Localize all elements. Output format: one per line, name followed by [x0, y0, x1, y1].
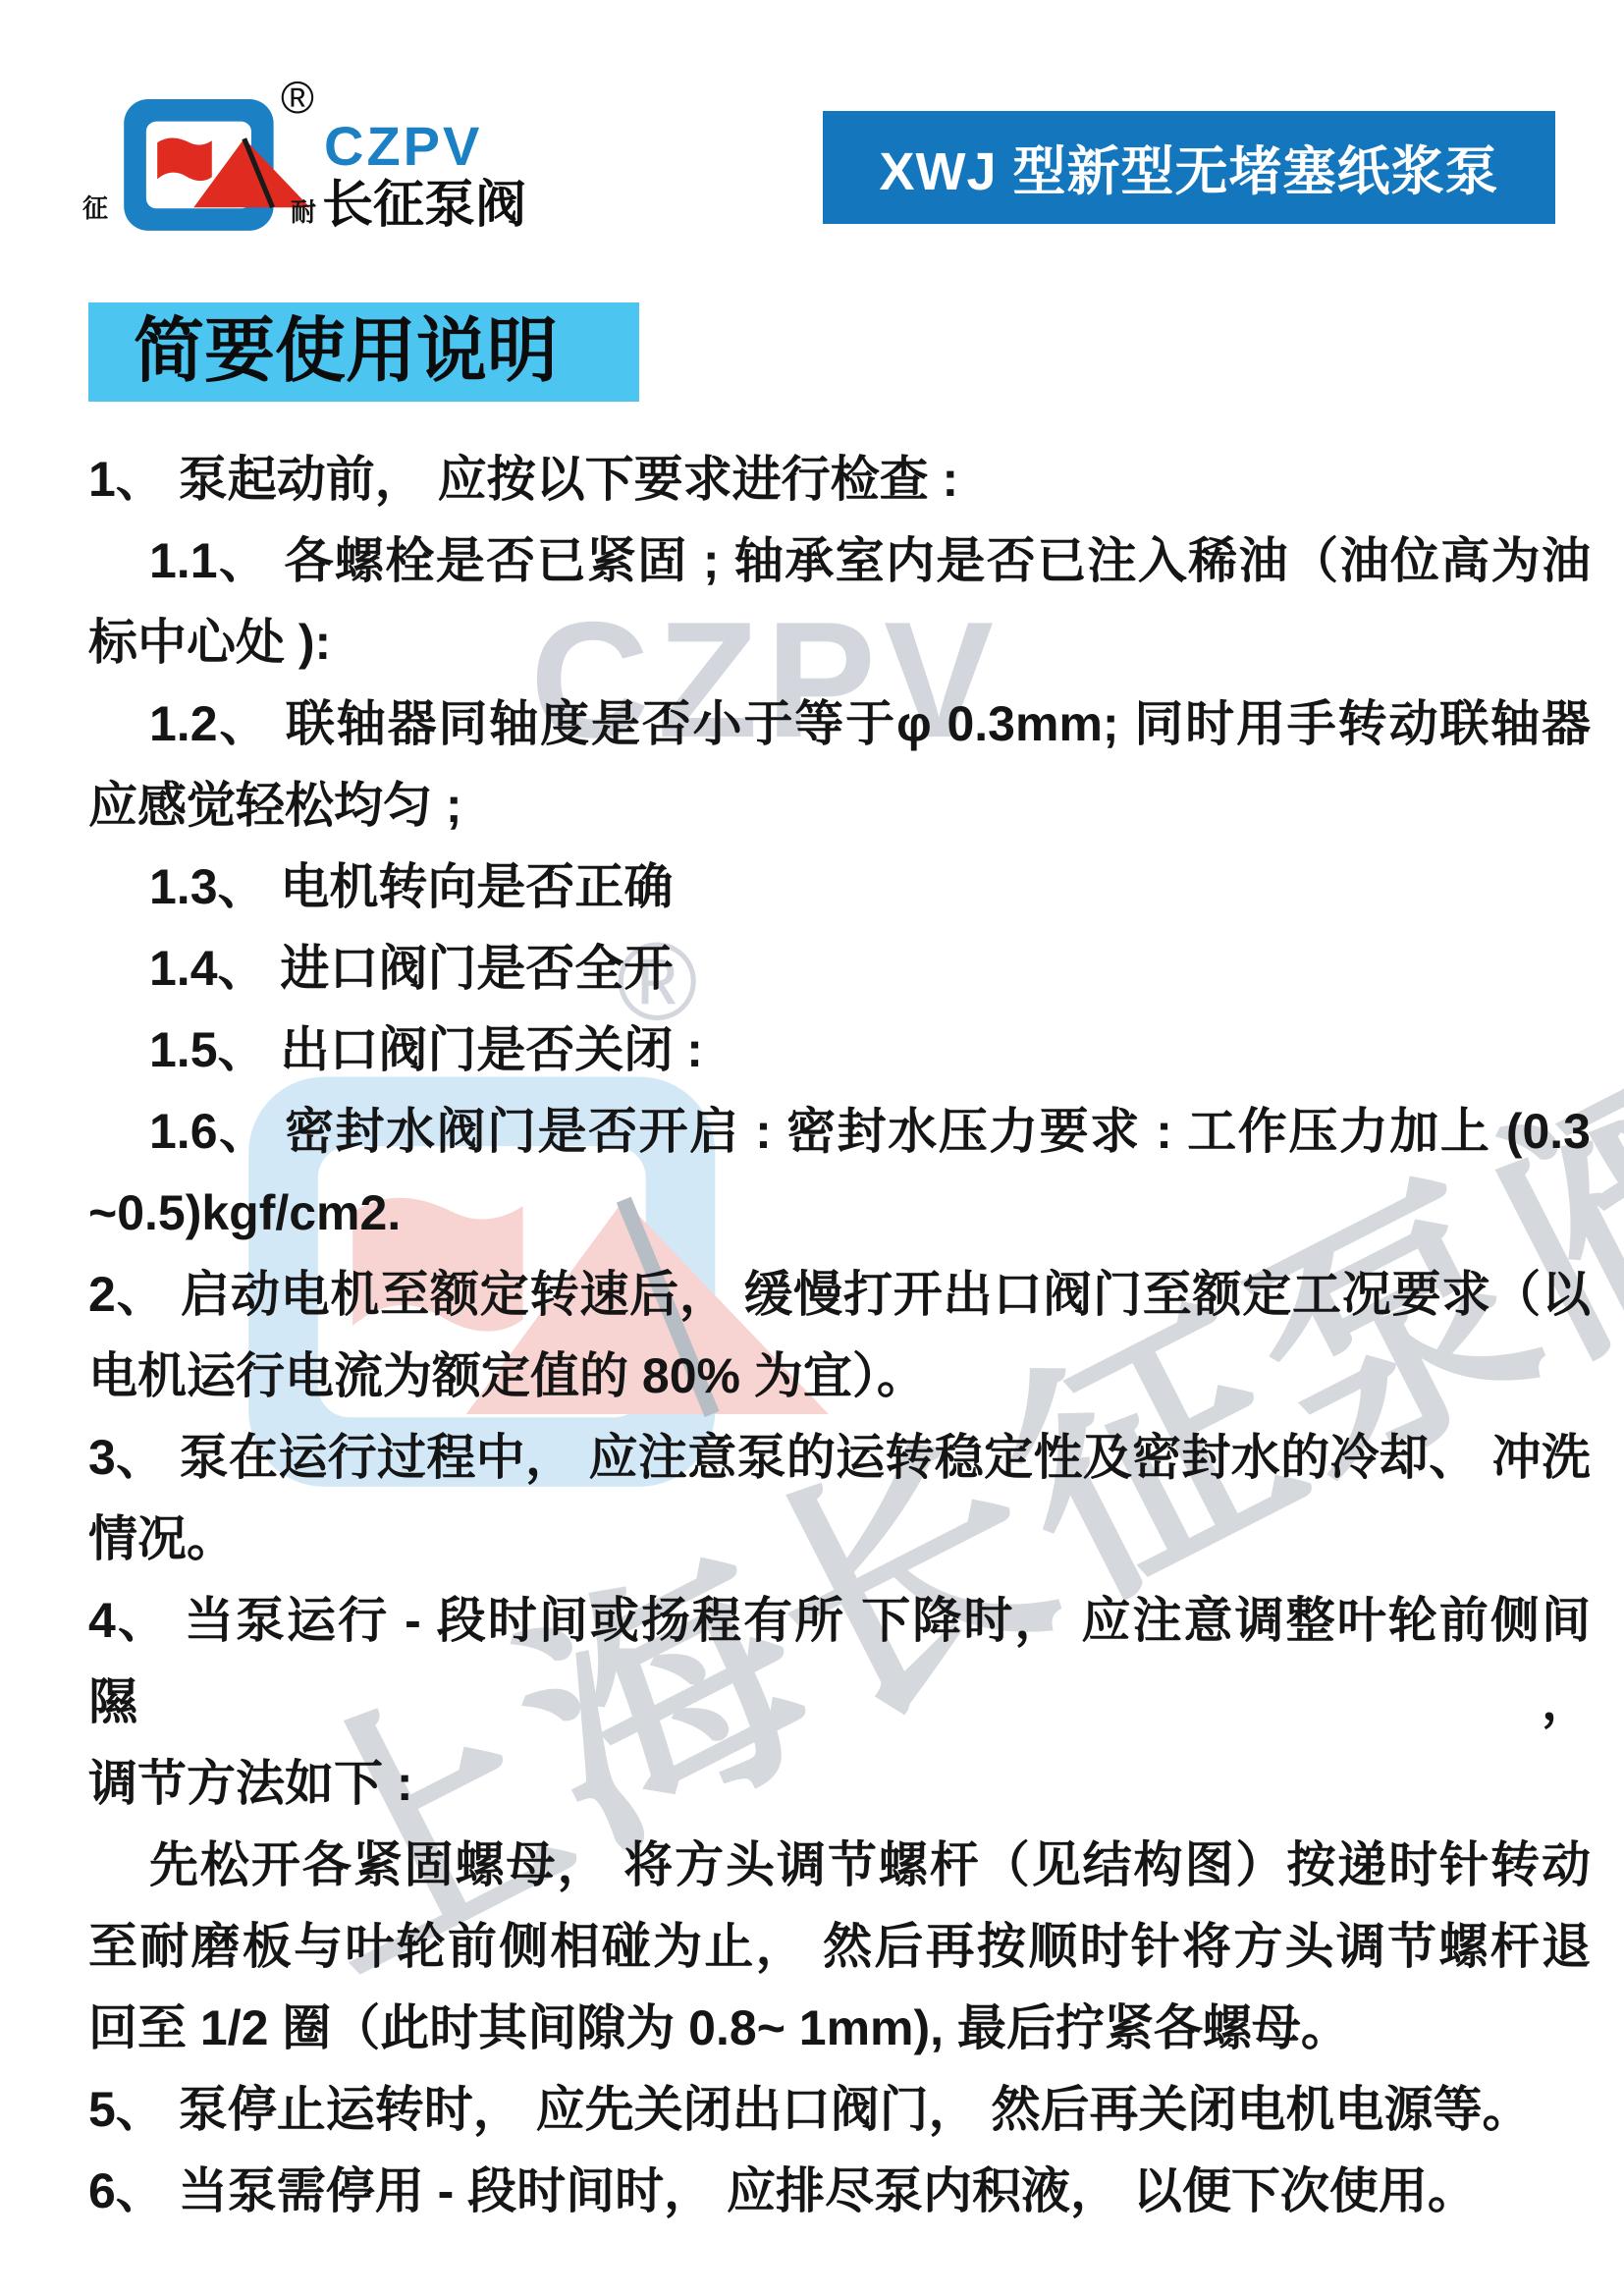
brand-side-mark-right: 耐 [291, 192, 316, 229]
text-line: 标中心处 ): [88, 602, 1591, 683]
text-line: 电机运行电流为额定值的 80% 为宜）。 [88, 1336, 1591, 1417]
text-line: 1.1、 各螺栓是否已紧固 ; 轴承室内是否已注入稀油（油位高为油 [88, 520, 1591, 602]
text-line: 回至 1/2 圈（此时其间隙为 0.8~ 1mm), 最后拧紧各螺母。 [88, 1988, 1591, 2069]
brand-name-chinese: 长征泵阀 [322, 163, 526, 237]
text-line: 情况。 [88, 1499, 1591, 1580]
text-line: 5、 泵停止运转时， 应先关闭出口阀门， 然后再关闭电机电源等。 [88, 2069, 1591, 2151]
text-line: 1.2、 联轴器同轴度是否小于等于φ 0.3mm; 同时用手转动联轴器 [88, 683, 1591, 765]
text-line: 1.4、 进口阀门是否全开 [88, 928, 1591, 1010]
text-line: 2、 启动电机至额定转速后， 缓慢打开出口阀门至额定工况要求（以 [88, 1254, 1591, 1336]
text-line: 1.5、 出口阀门是否关闭 : [88, 1010, 1591, 1091]
text-line: 1、 泵起动前， 应按以下要求进行检查 : [88, 439, 1591, 520]
text-line: 1.6、 密封水阀门是否开启 : 密封水压力要求 : 工作压力加上 (0.3 [88, 1091, 1591, 1173]
text-line: 先松开各紧固螺母， 将方头调节螺杆（见结构图）按递时针转动 [88, 1825, 1591, 1906]
document-page: CZPV ® 上海长征泵阀 ® CZPV 长征泵阀 征 耐 XWJ 型新型无堵塞… [0, 0, 1624, 2296]
text-line: ~0.5)kgf/cm2. [88, 1173, 1591, 1254]
text-line: 6、 当泵需停用 - 段时间时， 应排尽泵内积液， 以便下次使用。 [88, 2151, 1591, 2232]
text-line: 1.3、 电机转向是否正确 [88, 847, 1591, 928]
text-line: 3、 泵在运行过程中， 应注意泵的运转稳定性及密封水的冷却、 冲洗 [88, 1417, 1591, 1499]
brand-side-mark-left: 征 [82, 189, 108, 225]
section-heading: 简要使用说明 [88, 302, 639, 402]
text-line: 调节方法如下 : [88, 1743, 1591, 1825]
product-title: XWJ 型新型无堵塞纸浆泵 [879, 130, 1498, 205]
text-line: 至耐磨板与叶轮前侧相碰为止， 然后再按顺时针将方头调节螺杆退 [88, 1906, 1591, 1988]
text-line: 应感觉轻松均匀 ; [88, 765, 1591, 847]
product-title-bar: XWJ 型新型无堵塞纸浆泵 [823, 111, 1555, 224]
registered-trademark-icon: ® [281, 71, 314, 124]
text-line: 4、 当泵运行 - 段时间或扬程有所 下降时， 应注意调整叶轮前侧间隰， [88, 1580, 1591, 1743]
instructions-text: 1、 泵起动前， 应按以下要求进行检查 : 1.1、 各螺栓是否已紧固 ; 轴承… [88, 439, 1591, 2232]
